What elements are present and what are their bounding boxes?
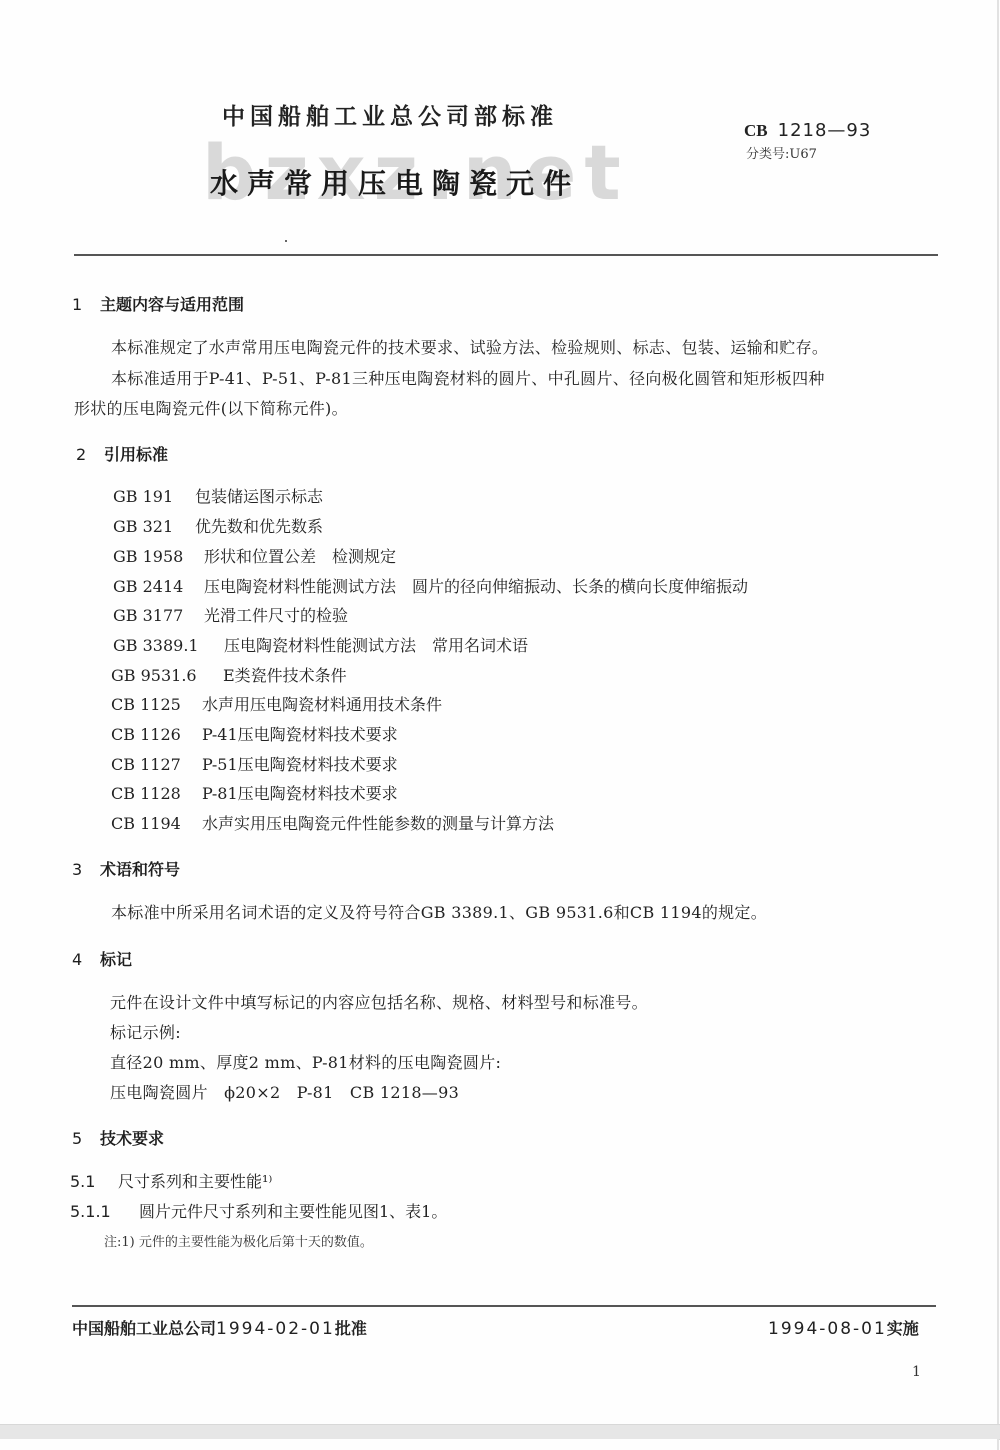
reference-item: GB 9531.6E类瓷件技术条件 — [111, 663, 347, 686]
marking-example-label: 标记示例: — [110, 1020, 181, 1043]
section-3-paragraph: 本标准中所采用名词术语的定义及符号符合GB 3389.1、GB 9531.6和C… — [111, 900, 767, 923]
section-1-paragraph-3: 形状的压电陶瓷元件(以下简称元件)。 — [74, 396, 348, 419]
subsection-5-1: 5.1尺寸系列和主要性能¹⁾ — [70, 1169, 272, 1192]
next-page-edge — [0, 1439, 999, 1450]
footnote: 注:1) 元件的主要性能为极化后第十天的数值。 — [104, 1231, 373, 1250]
header-rule — [74, 254, 938, 256]
section-1-heading: 1主题内容与适用范围 — [72, 292, 244, 315]
section-3-heading: 3术语和符号 — [72, 857, 180, 880]
standard-prefix: CB — [744, 121, 768, 140]
marking-example-description: 直径20 mm、厚度2 mm、P-81材料的压电陶瓷圆片: — [110, 1050, 501, 1073]
section-4-heading: 4标记 — [72, 947, 132, 970]
reference-item: CB 1126P-41压电陶瓷材料技术要求 — [111, 722, 398, 745]
section-2-heading: 2引用标准 — [76, 442, 168, 465]
page-separator — [0, 1424, 1000, 1440]
reference-item: GB 191包装储运图示标志 — [113, 484, 323, 507]
subsection-5-1-1: 5.1.1圆片元件尺寸系列和主要性能见图1、表1。 — [70, 1199, 447, 1222]
effective-line: 1994-08-01实施 — [768, 1316, 919, 1339]
approval-line: 中国船舶工业总公司1994-02-01批准 — [72, 1316, 367, 1339]
reference-item: CB 1127P-51压电陶瓷材料技术要求 — [111, 752, 398, 775]
reference-item: GB 2414压电陶瓷材料性能测试方法 圆片的径向伸缩振动、长条的横向长度伸缩振… — [113, 574, 748, 597]
reference-item: GB 321优先数和优先数系 — [113, 514, 323, 537]
document-title: 水声常用压电陶瓷元件 — [210, 162, 580, 202]
reference-item: GB 3177光滑工件尺寸的检验 — [113, 603, 348, 626]
document-page: 中国船舶工业总公司部标准 bzxz.net 水声常用压电陶瓷元件 CB1218—… — [0, 0, 999, 1424]
issuing-organization: 中国船舶工业总公司部标准 — [222, 98, 558, 131]
reference-item: CB 1125水声用压电陶瓷材料通用技术条件 — [111, 692, 442, 715]
section-4-paragraph-1: 元件在设计文件中填写标记的内容应包括名称、规格、材料型号和标准号。 — [110, 990, 648, 1013]
reference-item: CB 1128P-81压电陶瓷材料技术要求 — [111, 781, 398, 804]
marking-example-value: 压电陶瓷圆片 ϕ20×2 P-81 CB 1218—93 — [110, 1080, 459, 1103]
standard-number: 1218—93 — [778, 120, 872, 141]
classification-number: 分类号:U67 — [746, 143, 817, 162]
reference-item: GB 3389.1压电陶瓷材料性能测试方法 常用名词术语 — [113, 633, 528, 656]
footer-rule — [72, 1305, 936, 1307]
page-number: 1 — [912, 1364, 921, 1380]
section-1-paragraph-2: 本标准适用于P-41、P-51、P-81三种压电陶瓷材料的圆片、中孔圆片、径向极… — [111, 366, 825, 389]
standard-code: CB1218—93 — [744, 120, 871, 141]
reference-item: GB 1958形状和位置公差 检测规定 — [113, 544, 396, 567]
section-5-heading: 5技术要求 — [72, 1126, 164, 1149]
reference-item: CB 1194水声实用压电陶瓷元件性能参数的测量与计算方法 — [111, 811, 554, 834]
section-1-paragraph-1: 本标准规定了水声常用压电陶瓷元件的技术要求、试验方法、检验规则、标志、包装、运输… — [111, 335, 828, 358]
scan-speck — [285, 240, 287, 242]
